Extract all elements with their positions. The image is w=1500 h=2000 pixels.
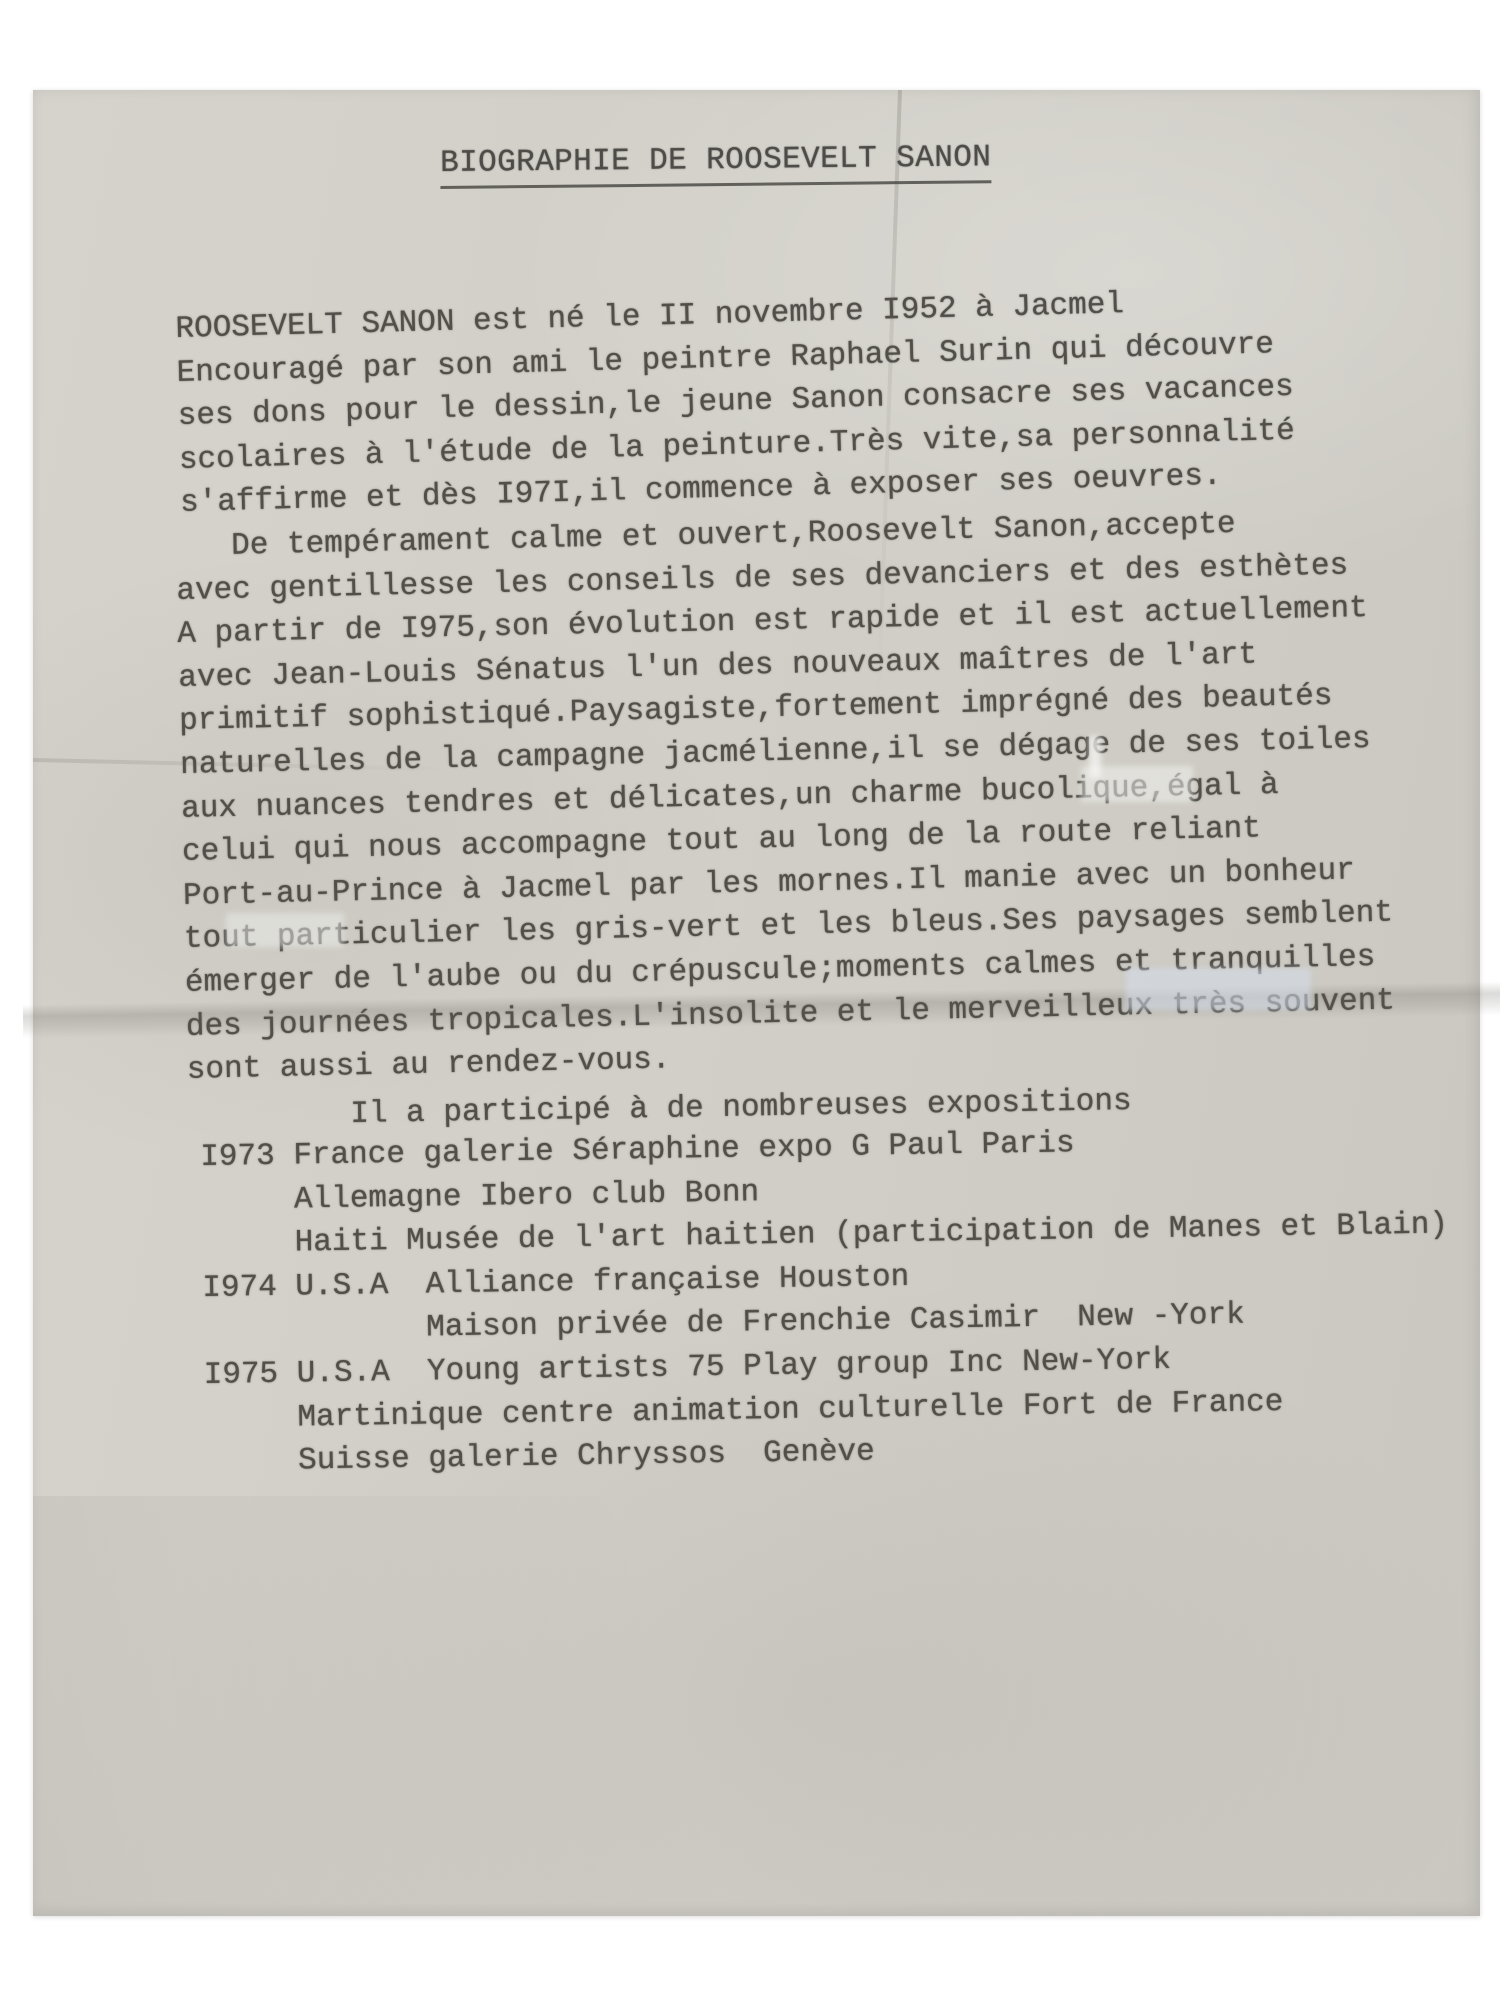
expositions-list: I973 France galerie Séraphine expo G Pau… — [200, 1116, 1485, 1485]
paper-sheet: BIOGRAPHIE DE ROOSEVELT SANON ROOSEVELT … — [33, 90, 1480, 1916]
document-photo-background: BIOGRAPHIE DE ROOSEVELT SANON ROOSEVELT … — [0, 0, 1500, 2000]
paragraph-birth-and-debut: ROOSEVELT SANON est né le II novembre I9… — [175, 274, 1485, 526]
text-flow: ROOSEVELT SANON est né le II novembre I9… — [33, 308, 1480, 1485]
document-title: BIOGRAPHIE DE ROOSEVELT SANON — [440, 140, 992, 189]
